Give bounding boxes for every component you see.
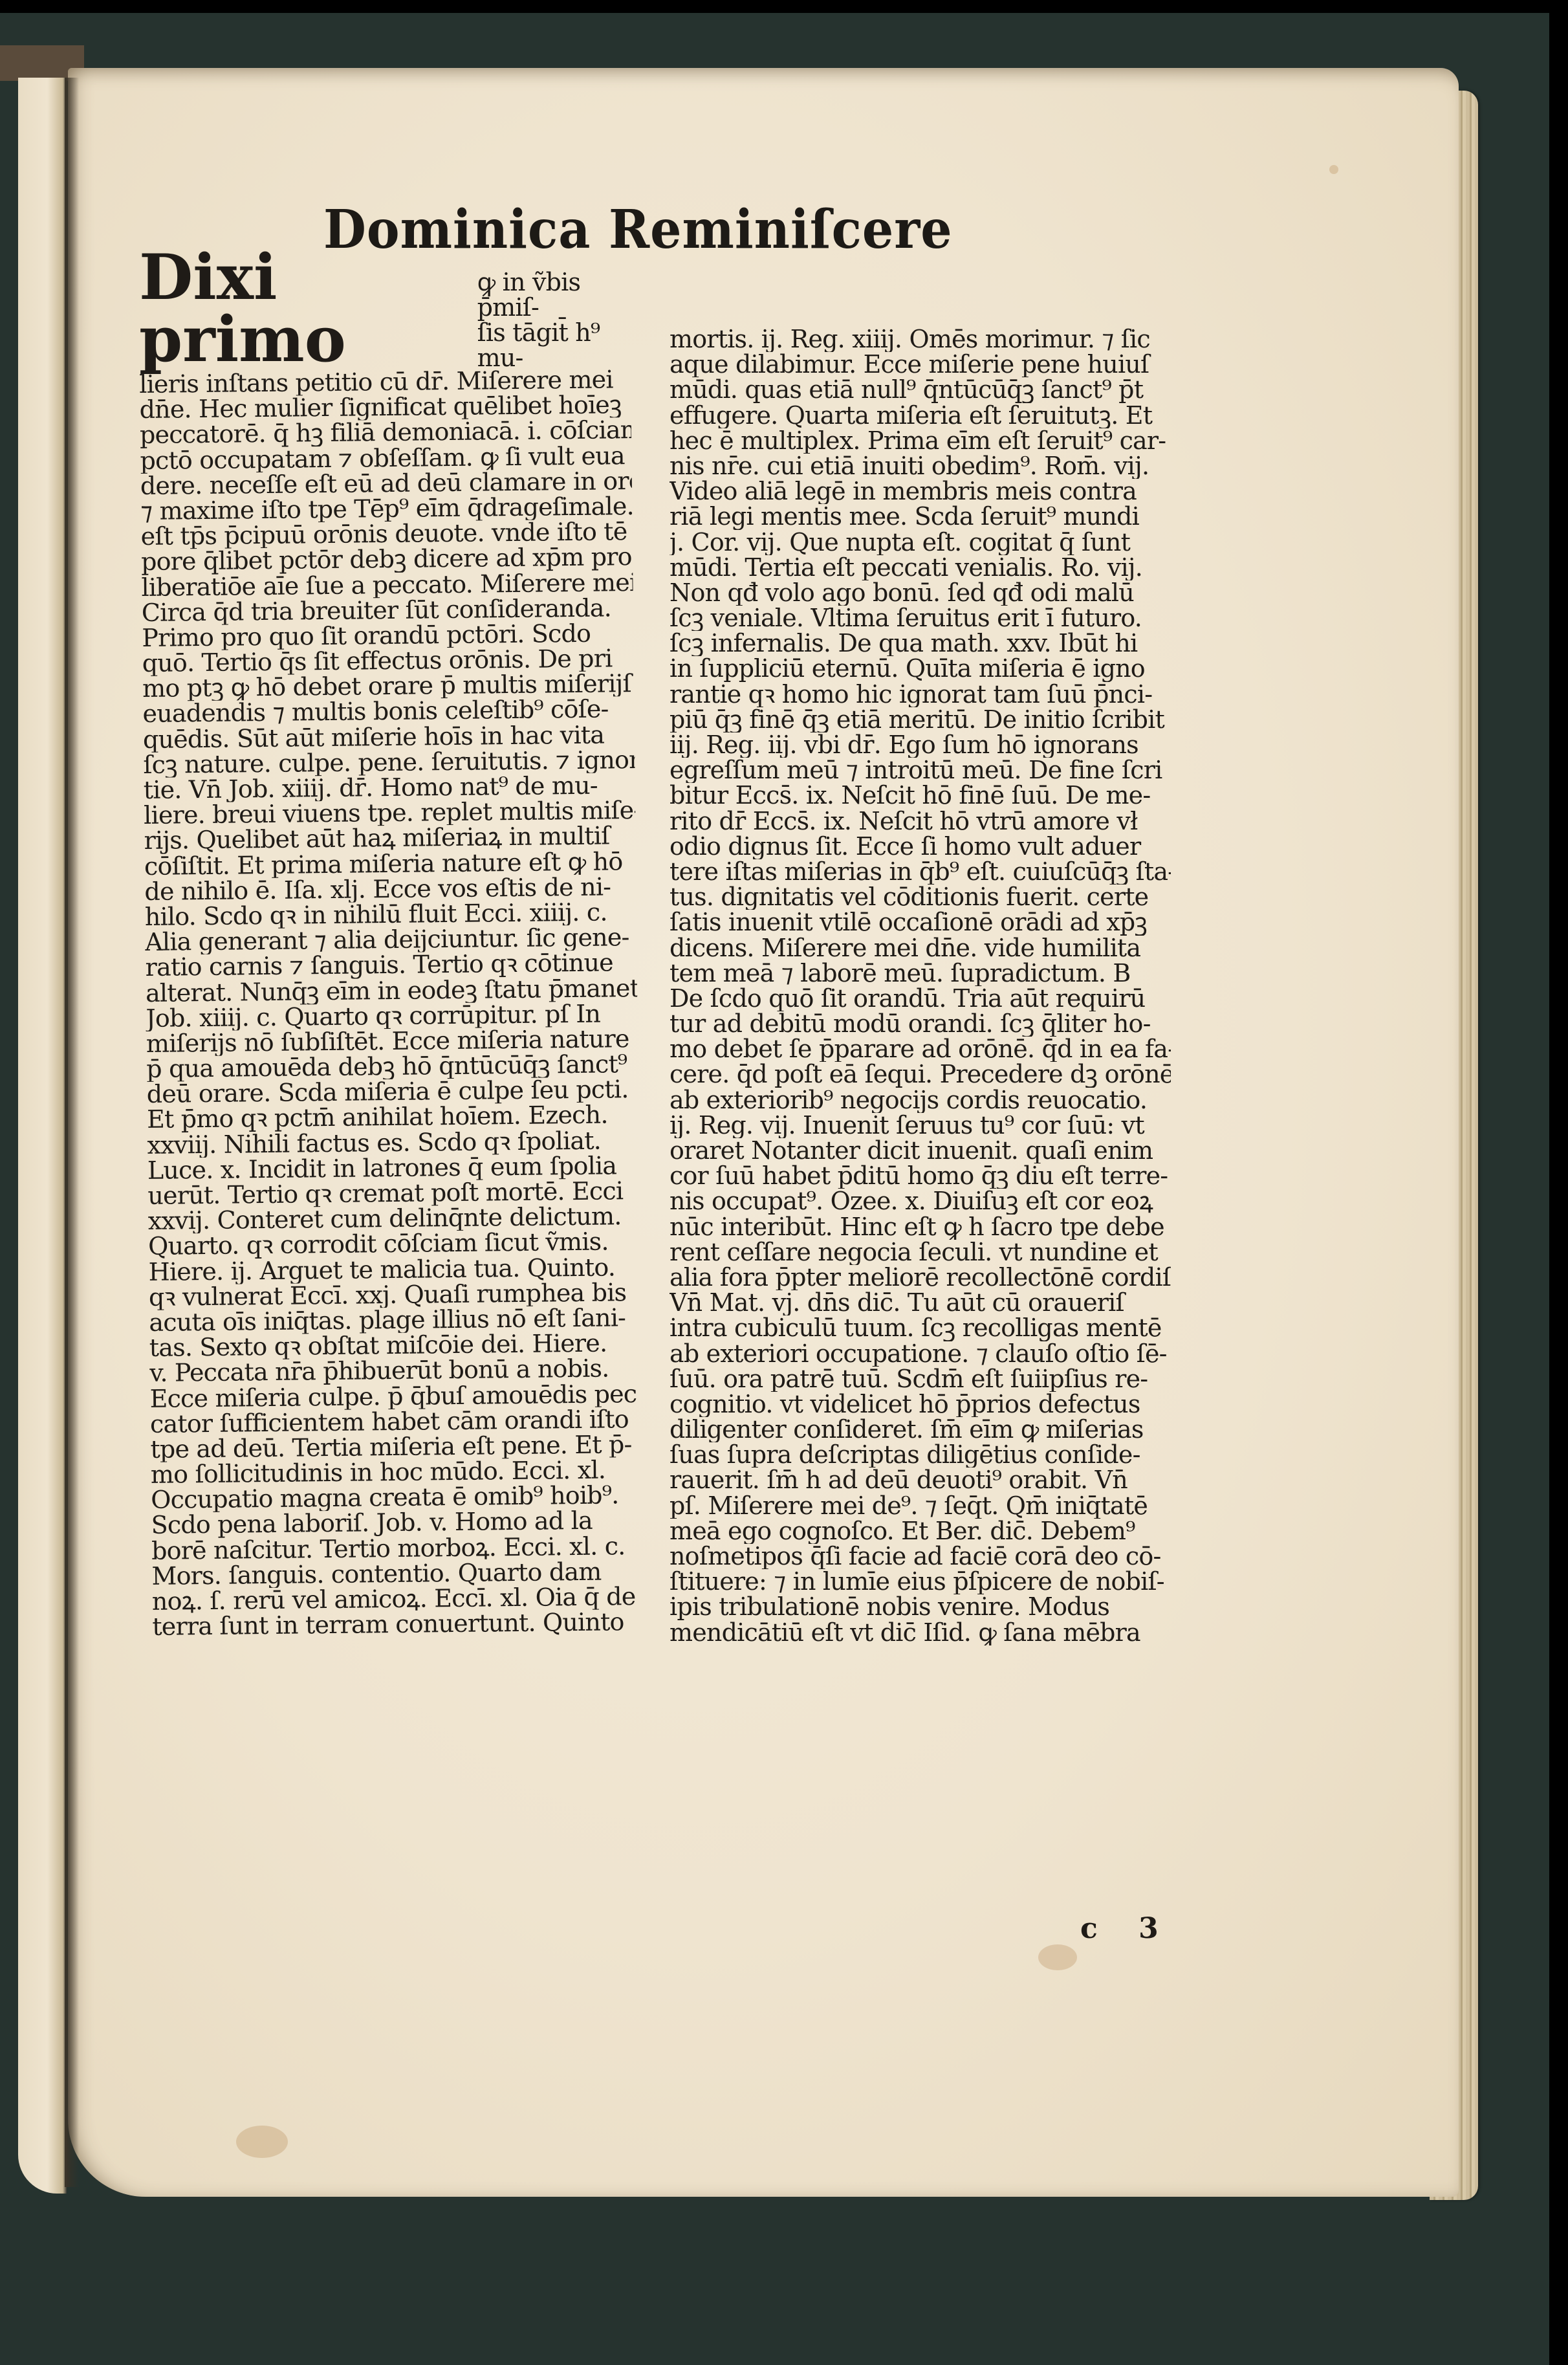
text-line: in ſuppliciū eternū. Quīta miſeria ē ign…	[670, 656, 1171, 681]
text-line: tere iſtas miſerias in q̄b⁹ eſt. cuiuſcū…	[670, 859, 1171, 885]
text-line: ſcꝫ veniale. Vltima ſeruitus erit ī futu…	[670, 606, 1171, 631]
text-line: De ſcdo quō ſit orandū. Tria aūt requirū	[670, 986, 1171, 1011]
text-line: mūdi. Tertia eſt peccati venialis. Ro. v…	[670, 555, 1171, 580]
foxing-spot	[1329, 165, 1338, 174]
text-line: piū q̄ꝫ finē q̄ꝫ etiā meritū. De initio …	[670, 707, 1171, 732]
text-line: effugere. Quarta miſeria eſt ſeruitutꝫ. …	[670, 403, 1171, 428]
text-line: nūc interibūt. Hinc eſt ꝙ h̄ ſacro tpe d…	[670, 1215, 1171, 1240]
text-line: mūdi. quas etiā null⁹ q̄ntūcūq̄ꝫ ſanct⁹ …	[670, 377, 1171, 402]
text-line: cor ſuū habet p̄ditū homo q̄ꝫ diu eſt te…	[670, 1163, 1171, 1189]
text-line: bitur Eccs̄. ix. Neſcit hō finē ſuū. De …	[670, 783, 1171, 808]
text-line: ſuū. ora patrē tuū. Scdm̄ eſt ſuiipſius …	[670, 1367, 1171, 1392]
text-line: ab exteriori occupatione. ⁊ clauſo oſtio…	[670, 1341, 1171, 1367]
text-line: noſmetipos q̄ſi facie ad faciē corā deo …	[670, 1544, 1171, 1569]
facing-page-edge	[18, 78, 67, 2194]
right-column: mortis. ij. Reg. xiiij. Omēs morimur. ⁊ …	[670, 327, 1171, 1645]
opening-block: Dixi primo ꝙ in ṽbis p̄miſ- ſis tāgit̄ h…	[139, 294, 631, 371]
text-line: terra ſunt in terram conuertunt̄. Quinto	[152, 1609, 644, 1640]
text-line: aque dilabimur. Ecce miſerie pene huiuſ	[670, 352, 1171, 377]
foxing-spot	[236, 2126, 288, 2158]
signature-mark: c 3	[1080, 1912, 1174, 1945]
text-line: ſuas ſupra deſcriptas diligētius conſide…	[670, 1442, 1171, 1468]
text-line: ab exteriorib⁹ negocijs cordis reuocatio…	[670, 1088, 1171, 1113]
text-line: egreſſum meū ⁊ introitū meū. De fine ſcr…	[670, 758, 1171, 783]
text-line: oraret Notanter dicit inuenit. quaſi eni…	[670, 1138, 1171, 1163]
incipit-heading: Dixi primo	[139, 247, 459, 371]
text-line: tur ad debitū modū orandi. ſcꝫ q̄liter h…	[670, 1011, 1171, 1037]
text-line: ipis tribulationē nobis venire. Modus	[670, 1594, 1171, 1620]
text-line: rent ceſſare negocia ſeculi. vt nundine …	[670, 1240, 1171, 1265]
text-line: nis occupat⁹. Ozee. x. Diuiſuꝫ eſt cor e…	[670, 1189, 1171, 1214]
text-line: riā legi mentis mee. Scda ſeruit⁹ mundi	[670, 504, 1171, 529]
foxing-spot	[1038, 1944, 1077, 1970]
text-line: cognitio. vt videlicet hō p̄prios defect…	[670, 1392, 1171, 1417]
text-line: rito dr̄ Eccs̄. ix. Neſcit hō vtrū amore…	[670, 809, 1171, 834]
text-line: ſtituere: ⁊ in lumīe eius p̄ſpicere de n…	[670, 1569, 1171, 1594]
text-line: meā ego cognoſco. Et Ber. dic̄. Debem⁹	[670, 1519, 1171, 1544]
text-line: ſis tāgit̄ h⁹ mu-	[477, 320, 631, 371]
text-line: dicens. Miſerere mei dn̄e. vide humilita	[670, 936, 1171, 961]
text-line: cere. q̄d poſt eā ſequi. Precedere dꝫ or…	[670, 1062, 1171, 1087]
incipit-side-text: ꝙ in ṽbis p̄miſ- ſis tāgit̄ h⁹ mu-	[477, 270, 631, 371]
text-line: mendicātiū eſt vt dic̄ Iſid. ꝙ ſana mēbr…	[670, 1620, 1171, 1645]
text-line: ij. Reg. vij. Inuenit ſeruus tu⁹ cor ſuū…	[670, 1113, 1171, 1138]
text-line: iij. Reg. iij. vbi dr̄. Ego ſum hō ignor…	[670, 732, 1171, 758]
left-column-body: lieris inſtans petitio cū dr̄. Miſerere …	[139, 367, 644, 1640]
text-line: ſcꝫ infernalis. De qua math. xxv. Ibūt h…	[670, 631, 1171, 656]
text-line: odio dignus ſit. Ecce ſi homo vult aduer	[670, 834, 1171, 859]
left-column: Dixi primo ꝙ in ṽbis p̄miſ- ſis tāgit̄ h…	[139, 294, 631, 1640]
text-line: alia fora p̄pter meliorē recollectōnē co…	[670, 1265, 1171, 1290]
text-line: mo debet ſe p̄parare ad orōnē. q̄d in ea…	[670, 1037, 1171, 1062]
text-line: j. Cor. vij. Que nupta eſt. cogitat q̄ ſ…	[670, 530, 1171, 555]
text-line: nis nr̄e. cui etiā inuiti obedim⁹. Rom̄.…	[670, 454, 1171, 479]
text-line: tus. dignitatis vel cōditionis fuerit. c…	[670, 885, 1171, 910]
text-line: pſ̄. Miſerere mei de⁹. ⁊ ſeq̄t̄. Qm̄ ini…	[670, 1493, 1171, 1519]
text-line: ſatis inuenit vtilē occaſionē orādi ad x…	[670, 910, 1171, 935]
text-line: tem meā ⁊ laborē meū. ſupradictum. B	[670, 961, 1171, 986]
gutter-shadow	[65, 78, 79, 2187]
text-line: Video aliā legē in membris meis contra	[670, 479, 1171, 504]
text-line: mortis. ij. Reg. xiiij. Omēs morimur. ⁊ …	[670, 327, 1171, 352]
text-line: hec ē multiplex. Prima eīm eſt ſeruit⁹ c…	[670, 428, 1171, 454]
text-line: Vn̄ Mat. vj. dn̄s dic̄. Tu aūt cū orauer…	[670, 1290, 1171, 1315]
text-line: diligenter conſideret. ſm̄ eīm ꝙ miſeria…	[670, 1417, 1171, 1442]
text-line: rauerit. ſm̄ h̄ ad deū deuoti⁹ orabit. V…	[670, 1468, 1171, 1493]
text-line: rantie qꝛ homo hic ignorat tam ſuū p̄nci…	[670, 682, 1171, 707]
text-line: ꝙ in ṽbis p̄miſ-	[477, 270, 631, 320]
text-line: intra cubiculū tuum. ſcꝫ recolligas ment…	[670, 1315, 1171, 1341]
text-line: Non qđ volo ago bonū. ſed qđ odi malū	[670, 580, 1171, 606]
